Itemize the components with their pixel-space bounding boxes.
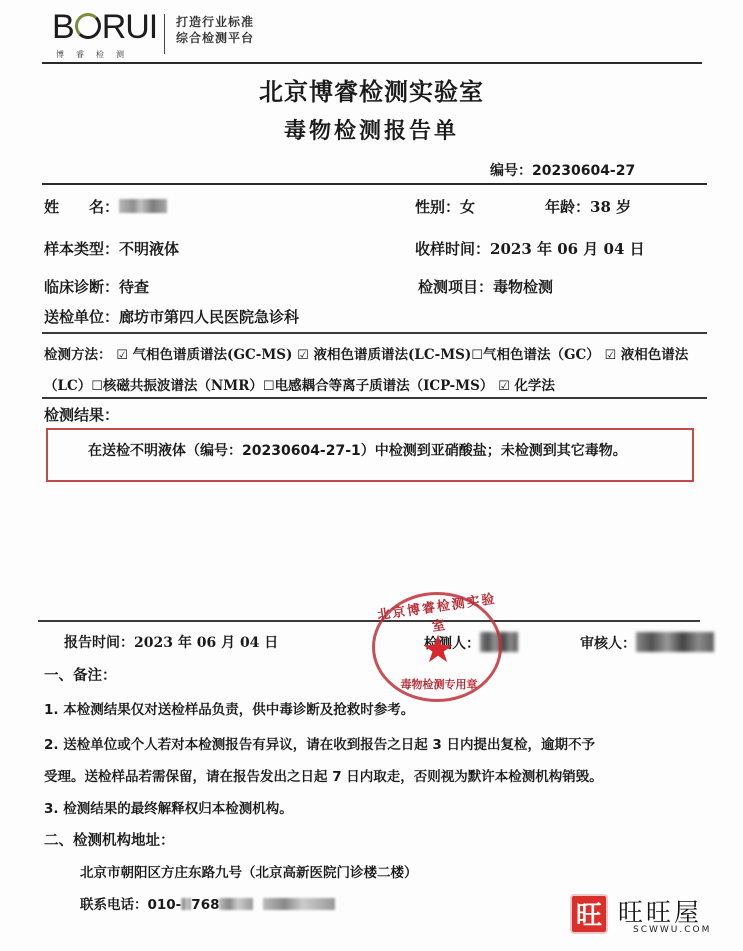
diagnosis-value: 待查 (119, 278, 149, 296)
lab-name-title: 北京博睿检测实验室 (0, 72, 743, 107)
test-item-label: 检测项目： (418, 278, 493, 296)
notes-heading: 一、备注： (44, 664, 117, 685)
checkbox-gc-ms: ☑ (116, 340, 128, 371)
note-2: 2. 送检单位或个人若对本检测报告有异议，请在收到报告之日起 3 日内提出复检，… (44, 733, 595, 753)
method-gc: 气相色谱法（GC） (483, 347, 600, 363)
logo-slogan: 打造行业标准 综合检测平台 (176, 14, 254, 46)
gender-field: 性别：女 (415, 196, 475, 217)
report-title: 毒物检测报告单 (0, 114, 743, 145)
checkbox-lc: ☑ (604, 340, 616, 371)
checkbox-lc-ms: ☑ (297, 340, 309, 371)
sample-type-field: 样本类型：不明液体 (44, 238, 179, 259)
watermark-url: SCWWU.COM (633, 925, 711, 935)
sample-type-value: 不明液体 (119, 240, 179, 258)
test-item-field: 检测项目：毒物检测 (418, 276, 553, 297)
logo-divider (164, 14, 165, 54)
stamp-bottom-text: 毒物检测专用章 (394, 676, 484, 692)
logo-subtitle: 博睿检测 (56, 49, 136, 60)
submitting-unit-field: 送检单位：廊坊市第四人民医院急诊科 (44, 306, 299, 327)
methods-line-1: 检测方法： ☑ 气相色谱质谱法(GC-MS) ☑ 液相色谱质谱法(LC-MS)☐… (44, 340, 709, 371)
method-icp-ms: 电感耦合等离子质谱法（ICP-MS） (275, 378, 494, 394)
methods-label: 检测方法： (44, 347, 112, 363)
report-time-field: 报告时间：2023 年 06 月 04 日 (64, 632, 278, 652)
address-heading: 二、检测机构地址： (44, 829, 175, 850)
phone-redacted-2 (219, 898, 253, 910)
sample-time-label: 收样时间： (415, 240, 490, 258)
age-value: 38 岁 (590, 198, 631, 216)
note-1: 1. 本检测结果仅对送检样品负责，供中毒诊断及抢救时参考。 (44, 698, 414, 718)
slogan-line-2: 综合检测平台 (176, 30, 254, 46)
reviewer-label: 审核人： (580, 636, 636, 652)
info-rule (42, 332, 707, 334)
reviewer-field: 审核人： (580, 632, 714, 653)
unit-label: 送检单位： (44, 308, 119, 326)
methods-rule (42, 397, 707, 399)
result-text: 在送检不明液体（编号：20230604-27-1）中检测到亚硝酸盐；未检测到其它… (88, 440, 627, 460)
phone-visible-digits: 768 (191, 897, 219, 913)
unit-value: 廊坊市第四人民医院急诊科 (119, 308, 299, 326)
phone-field: 联系电话：010-768 (80, 893, 335, 913)
title-rule (42, 183, 707, 185)
method-nmr: 核磁共振波谱法（NMR） (103, 378, 263, 394)
note-3: 3. 检测结果的最终解释权归本检测机构。 (44, 797, 293, 817)
method-lc-ms: 液相色谱质谱法(LC-MS) (313, 347, 471, 363)
logo-ring-icon (75, 13, 101, 39)
logo-letter-b: B (52, 8, 74, 46)
report-time-value: 2023 年 06 月 04 日 (134, 635, 278, 651)
phone-label: 联系电话： (80, 897, 148, 913)
phone-prefix: 010- (148, 897, 182, 913)
gender-value: 女 (460, 198, 475, 216)
report-number-value: 20230604-27 (532, 163, 635, 179)
diagnosis-label: 临床诊断： (44, 278, 119, 296)
name-label: 姓 名： (44, 198, 119, 216)
name-value-redacted (119, 199, 167, 213)
address-line: 北京市朝阳区方庄东路九号（北京高新医院门诊楼二楼） (80, 861, 418, 881)
borui-logo: BRUI (52, 10, 157, 44)
phone-redacted-1 (181, 898, 191, 910)
watermark-logo-icon: 旺 (570, 894, 608, 934)
method-lc-part1: 液相色谱法 (621, 347, 689, 363)
test-item-value: 毒物检测 (493, 278, 553, 296)
method-gc-ms: 气相色谱质谱法(GC-MS) (133, 347, 293, 363)
slogan-line-1: 打造行业标准 (176, 14, 254, 30)
watermark-name: 旺旺屋 (618, 893, 702, 929)
signoff-rule (38, 620, 700, 622)
report-time-label: 报告时间： (64, 635, 134, 651)
reviewer-signature (636, 632, 714, 652)
report-number: 编号：20230604-27 (490, 160, 635, 180)
diagnosis-field: 临床诊断：待查 (44, 276, 149, 297)
test-methods: 检测方法： ☑ 气相色谱质谱法(GC-MS) ☑ 液相色谱质谱法(LC-MS)☐… (44, 340, 709, 402)
method-lc-part2: （LC） (44, 378, 91, 394)
method-chemical: 化学法 (514, 378, 555, 394)
phone-redacted-3 (263, 898, 335, 910)
patient-name-field: 姓 名： (44, 196, 167, 217)
header-rule (42, 62, 702, 64)
age-field: 年龄：38 岁 (545, 196, 631, 217)
result-label: 检测结果： (44, 404, 119, 425)
stamp-star-icon: ★ (421, 630, 455, 668)
age-label: 年龄： (545, 198, 590, 216)
checkbox-gc: ☐ (471, 340, 483, 371)
report-number-label: 编号： (490, 163, 532, 179)
sample-type-label: 样本类型： (44, 240, 119, 258)
sample-time-field: 收样时间：2023 年 06 月 04 日 (415, 238, 645, 259)
sample-time-value: 2023 年 06 月 04 日 (490, 240, 645, 258)
logo-letters-rui: RUI (102, 8, 158, 46)
gender-label: 性别： (415, 198, 460, 216)
note-2-cont: 受理。送检样品若需保留，请在报告发出之日起 7 日内取走，否则视为默许本检测机构… (44, 765, 603, 785)
